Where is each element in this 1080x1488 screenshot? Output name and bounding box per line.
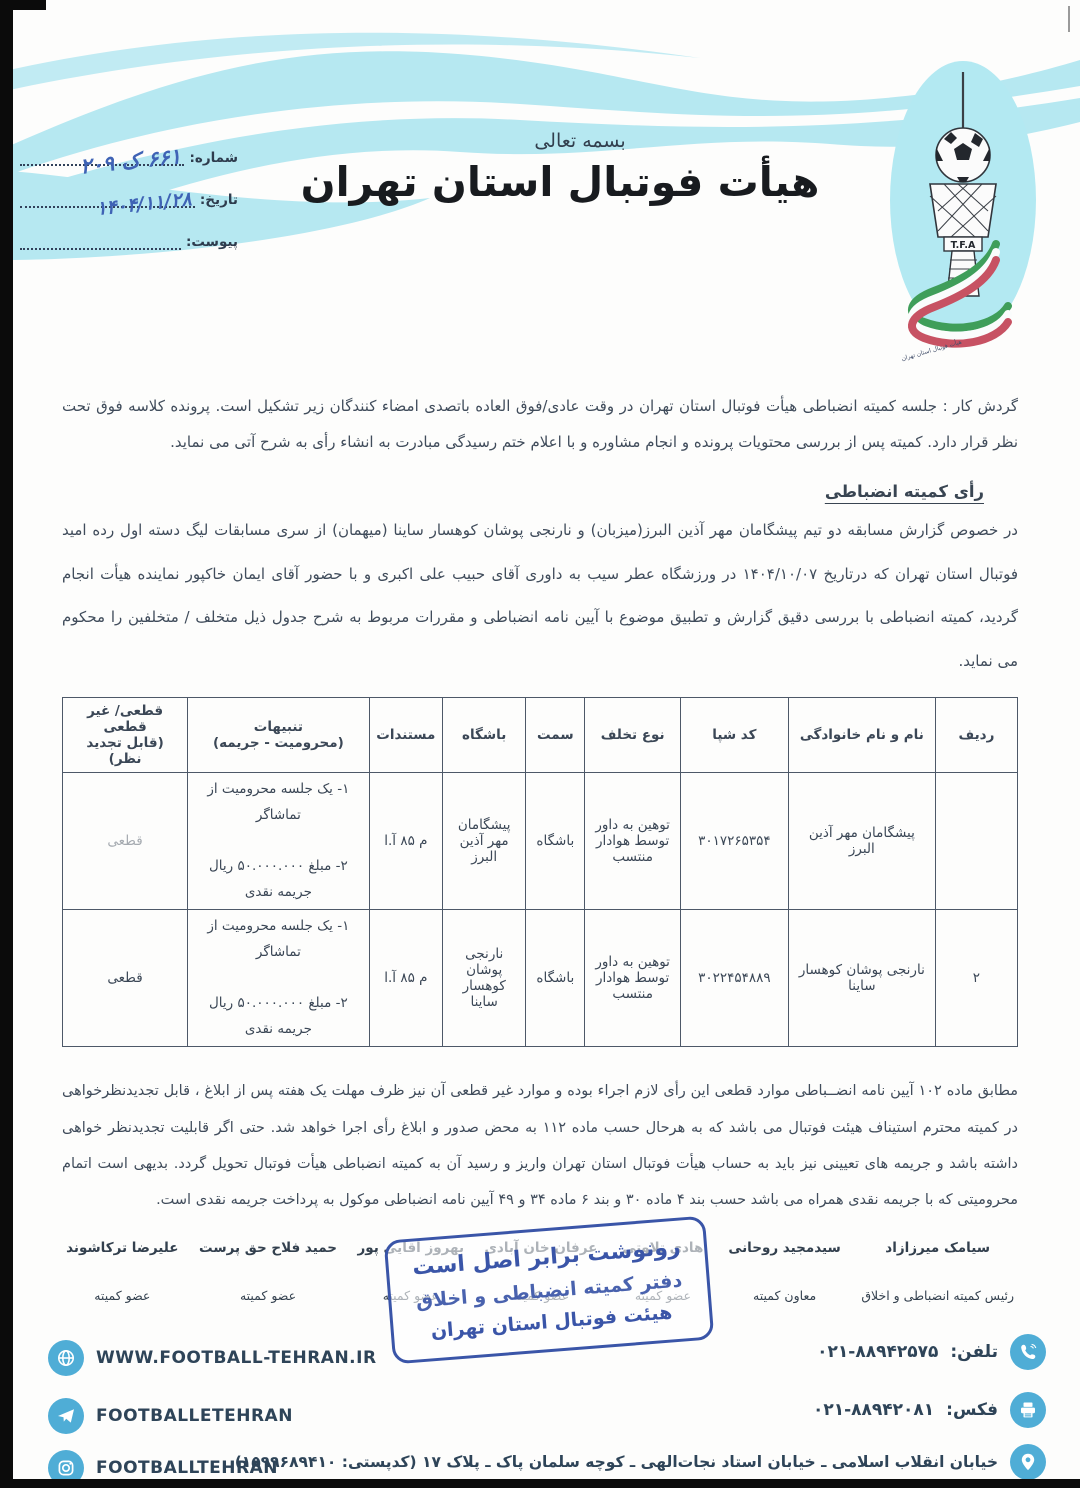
attachment-label: پیوست: bbox=[186, 234, 238, 250]
organization-title: هیأت فوتبال استان تهران bbox=[60, 158, 1060, 206]
col-documents: مستندات bbox=[369, 698, 443, 773]
cell-row-number bbox=[935, 773, 1017, 910]
cell-full-name: نارنجی پوشان کوهسار ساینا bbox=[788, 910, 935, 1047]
verdict-table: ردیف نام و نام خانوادگی کد شپا نوع تخلف … bbox=[62, 697, 1018, 1047]
col-shapa-code: کد شپا bbox=[680, 698, 788, 773]
logo-acronym-text: T.F.A bbox=[951, 240, 976, 251]
cell-position: باشگاه bbox=[526, 773, 585, 910]
col-row-number: ردیف bbox=[935, 698, 1017, 773]
signer-name: علیرضا ترکاشوند bbox=[66, 1240, 178, 1256]
phone-label: تلفن: bbox=[950, 1342, 998, 1362]
cell-penalties: ۱- یک جلسه محرومیت از تماشاگر ۲- مبلغ ۵۰… bbox=[188, 910, 369, 1047]
signer-name: سیدمجید روحانی bbox=[728, 1240, 840, 1256]
table-header-row: ردیف نام و نام خانوادگی کد شپا نوع تخلف … bbox=[63, 698, 1018, 773]
cell-finality: قطعی bbox=[63, 773, 188, 910]
scan-artifact-left-bar bbox=[0, 0, 13, 1488]
col-club: باشگاه bbox=[443, 698, 526, 773]
fax-label: فکس: bbox=[946, 1400, 998, 1420]
fax-row: فکس: ۰۲۱-۸۸۹۴۲۰۸۱ bbox=[813, 1392, 1046, 1428]
phone-value: ۰۲۱-۸۸۹۴۲۵۷۵ bbox=[817, 1342, 938, 1362]
address-row: خیابان انقلاب اسلامی ـ خیابان استاد نجات… bbox=[235, 1444, 1046, 1480]
procedure-paragraph: گردش کار : جلسه کمیته انضباطی هیأت فوتبا… bbox=[62, 388, 1018, 460]
signature-block: سیامک میرزازاد رئیس کمیته انضباطی و اخلا… bbox=[861, 1240, 1014, 1303]
signer-role: عضو کمیته bbox=[199, 1288, 337, 1303]
location-pin-icon bbox=[1010, 1444, 1046, 1480]
signer-name: سیامک میرزازاد bbox=[861, 1240, 1014, 1256]
cell-penalties: ۱- یک جلسه محرومیت از تماشاگر ۲- مبلغ ۵۰… bbox=[188, 773, 369, 910]
col-position: سمت bbox=[526, 698, 585, 773]
website-url: WWW.FOOTBALL-TEHRAN.IR bbox=[96, 1348, 377, 1368]
scan-artifact-right-tick bbox=[1068, 6, 1070, 32]
telegram-handle: FOOTBALLETEHRAN bbox=[96, 1406, 293, 1426]
cell-club: نارنجی پوشان کوهسار ساینا bbox=[443, 910, 526, 1047]
scan-artifact-bottom-bar bbox=[0, 1479, 1080, 1488]
cell-documents: م ۸۵ آ.ا bbox=[369, 910, 443, 1047]
phone-icon bbox=[1010, 1334, 1046, 1370]
signature-block: حمید فلاح حق پرست عضو کمیته bbox=[199, 1240, 337, 1303]
signer-name: حمید فلاح حق پرست bbox=[199, 1240, 337, 1256]
attachment-line bbox=[20, 235, 181, 250]
fax-value: ۰۲۱-۸۸۹۴۲۰۸۱ bbox=[813, 1400, 934, 1420]
table-row: پیشگامان مهر آذین البرز ۳۰۱۷۲۶۵۳۵۴ توهین… bbox=[63, 773, 1018, 910]
scan-artifact-top-corner bbox=[0, 0, 46, 10]
cell-finality: قطعی bbox=[63, 910, 188, 1047]
letter-body: گردش کار : جلسه کمیته انضباطی هیأت فوتبا… bbox=[62, 388, 1018, 1303]
tfa-logo: T.F.A هیأت فوتبال استان تهران bbox=[890, 61, 1036, 363]
cell-shapa-code: ۳۰۱۷۲۶۵۳۵۴ bbox=[680, 773, 788, 910]
scanned-letter-page: T.F.A هیأت فوتبال استان تهران شماره: bbox=[0, 0, 1080, 1488]
col-full-name: نام و نام خانوادگی bbox=[788, 698, 935, 773]
phone-row: تلفن: ۰۲۱-۸۸۹۴۲۵۷۵ bbox=[817, 1334, 1046, 1370]
globe-icon bbox=[48, 1340, 84, 1376]
website-row: WWW.FOOTBALL-TEHRAN.IR bbox=[48, 1340, 377, 1376]
signer-role: عضو کمیته bbox=[66, 1288, 178, 1303]
signature-block: سیدمجید روحانی معاون کمیته bbox=[728, 1240, 840, 1303]
legal-note-paragraph: مطابق ماده ۱۰۲ آیین نامه انضــباطی موارد… bbox=[62, 1073, 1018, 1218]
telegram-icon bbox=[48, 1398, 84, 1434]
signer-role: رئیس کمیته انضباطی و اخلاق bbox=[861, 1288, 1014, 1303]
address-text: خیابان انقلاب اسلامی ـ خیابان استاد نجات… bbox=[235, 1453, 998, 1471]
cell-row-number: ۲ bbox=[935, 910, 1017, 1047]
signer-role: معاون کمیته bbox=[728, 1288, 840, 1303]
col-violation-type: نوع تخلف bbox=[585, 698, 681, 773]
besmellah-text: بسمه تعالی bbox=[80, 130, 1080, 152]
telegram-row: FOOTBALLETEHRAN bbox=[48, 1398, 293, 1434]
cell-position: باشگاه bbox=[526, 910, 585, 1047]
fax-printer-icon bbox=[1010, 1392, 1046, 1428]
col-finality: قطعی/ غیر قطعی (قابل تجدید نظر) bbox=[63, 698, 188, 773]
cell-full-name: پیشگامان مهر آذین البرز bbox=[788, 773, 935, 910]
cell-violation-type: توهین به داور توسط هوادار منتسب bbox=[585, 773, 681, 910]
cell-documents: م ۸۵ آ.ا bbox=[369, 773, 443, 910]
signature-block: علیرضا ترکاشوند عضو کمیته bbox=[66, 1240, 178, 1303]
cell-violation-type: توهین به داور توسط هوادار منتسب bbox=[585, 910, 681, 1047]
letter-attachment-row: پیوست: bbox=[20, 234, 238, 250]
col-penalties: تنبیهات (محرومیت - جریمه) bbox=[188, 698, 369, 773]
cell-shapa-code: ۳۰۲۲۴۵۴۸۸۹ bbox=[680, 910, 788, 1047]
verdict-heading: رأی کمیته انضباطی bbox=[825, 482, 984, 501]
table-row: ۲ نارنجی پوشان کوهسار ساینا ۳۰۲۲۴۵۴۸۸۹ ت… bbox=[63, 910, 1018, 1047]
case-description-paragraph: در خصوص گزارش مسابقه دو تیم پیشگامان مهر… bbox=[62, 509, 1018, 683]
certified-copy-stamp: رونوشت برابر اصل است دفتر کمیته انضباطی … bbox=[384, 1216, 715, 1365]
cell-club: پیشگامان مهر آذین البرز bbox=[443, 773, 526, 910]
